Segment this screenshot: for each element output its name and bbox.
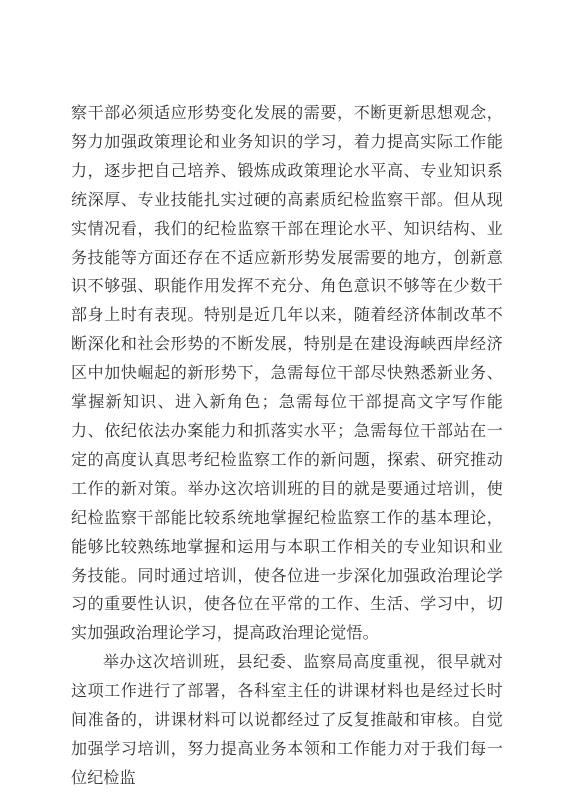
paragraph-second: 举办这次培训班，县纪委、监察局高度重视，很早就对这项工作进行了部署，各科室主任的…: [71, 649, 503, 794]
paragraph-continuation: 察干部必须适应形势变化发展的需要，不断更新思想观念，努力加强政策理论和业务知识的…: [71, 100, 503, 649]
document-page: 察干部必须适应形势变化发展的需要，不断更新思想观念，努力加强政策理论和业务知识的…: [0, 0, 570, 807]
